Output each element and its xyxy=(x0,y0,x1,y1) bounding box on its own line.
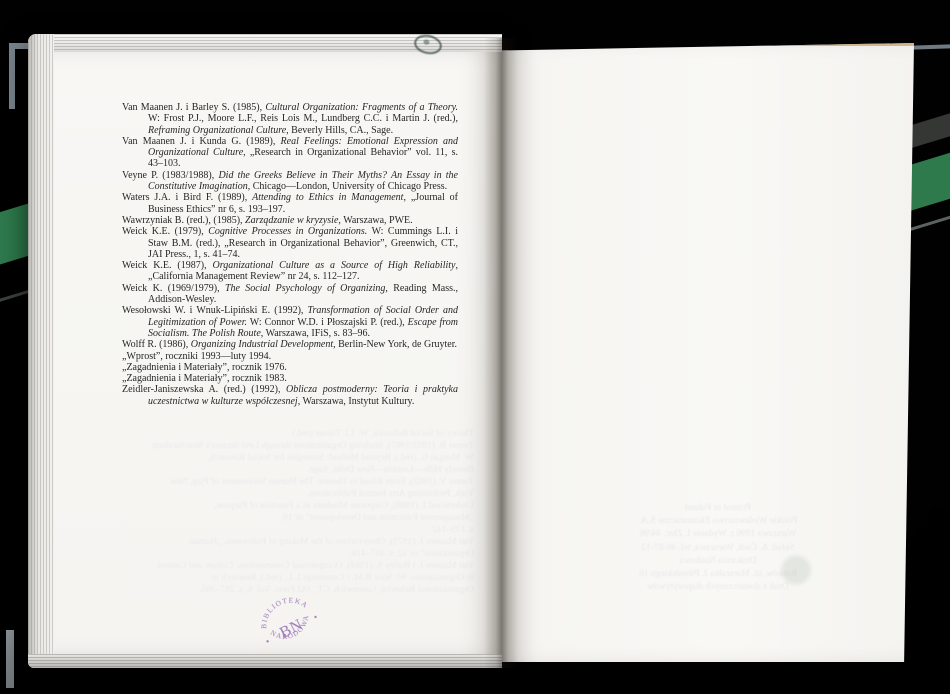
show-through-line: Turner V. (1982), From Ritual to Theatre… xyxy=(108,476,474,488)
show-through-line: Theory of Social Behavior, W: J.J. Turne… xyxy=(108,428,474,440)
left-page: Van Maanen J. i Barley S. (1985), Cultur… xyxy=(54,52,502,654)
show-through-line: York, Performing Arts Journal Publicatio… xyxy=(108,488,474,500)
left-page-stack: Van Maanen J. i Barley S. (1985), Cultur… xyxy=(28,34,502,668)
bibliography-entry: Wawrzyniak B. (red.), (1985), Zarządzani… xyxy=(122,215,458,226)
show-through-text: Theory of Social Behavior, W: J.J. Turne… xyxy=(108,428,474,596)
show-through-line: Warszawa 1996 r. Wydanie I. Złec. 44/96 xyxy=(598,528,838,541)
show-through-stamp xyxy=(780,554,812,586)
show-through-line: Printed in Poland xyxy=(598,502,838,515)
bibliography-entry: „Zagadnienia i Materiały”, rocznik 1983. xyxy=(122,373,458,384)
open-book: Van Maanen J. i Barley S. (1985), Cultur… xyxy=(0,0,950,694)
bibliography-entry: Wolff R. (1986), Organizing Industrial D… xyxy=(122,339,458,350)
show-through-line: Skład: A. Ćwił, Warszawa, tel. 40-87-12 xyxy=(598,542,838,555)
bibliography-entry: Weick K. (1969/1979), The Social Psychol… xyxy=(122,283,458,306)
bibliography-entry: „Zagadnienia i Materiały”, rocznik 1976. xyxy=(122,362,458,373)
bibliography-entry: Zeidler-Janiszewska A. (red.) (1992), Ob… xyxy=(122,384,458,407)
show-through-line: Beverly Hills—London—New Delhi, Sage. xyxy=(108,464,474,476)
bibliography-entry: „Wprost”, roczniki 1993—luty 1994. xyxy=(122,351,458,362)
show-through-line: Van Maanen J. i Barley S. (1984), Occupa… xyxy=(108,560,474,572)
show-through-line: Polskie Wydawnictwo Ekonomiczne S.A. xyxy=(598,515,838,528)
show-through-line: „Management Education and Development” n… xyxy=(108,512,474,524)
bibliography-list: Van Maanen J. i Barley S. (1985), Cultur… xyxy=(122,102,458,407)
bibliography-entry: Wesołowski W. i Wnuk-Lipiński E. (1992),… xyxy=(122,305,458,339)
show-through-line: W: Morgan G. (red.), Beyond Method: Stra… xyxy=(108,452,474,464)
show-through-line: Van Maanen J. (1973), Observations of th… xyxy=(108,536,474,548)
scanned-book-photo: { "scene": { "background_color": "#23242… xyxy=(0,0,950,694)
show-through-line: in Organizations. W: Staw B.M. i Cumming… xyxy=(108,572,474,584)
bibliography-entry: Van Maanen J. i Kunda G. (1989), Real Fe… xyxy=(122,136,458,170)
page-edges-bottom xyxy=(28,654,502,668)
book-gutter-shadow xyxy=(484,38,518,668)
bibliography-entry: Weick K.E. (1987), Organizational Cultur… xyxy=(122,260,458,283)
show-through-line: Organization” nr 32, s. 407–418. xyxy=(108,548,474,560)
show-through-line: Turner B. (1992/1987), Studying Organiza… xyxy=(108,440,474,452)
bibliography-entry: Waters J.A. i Bird F. (1989), Attending … xyxy=(122,192,458,215)
bibliography-entry: Weick K.E. (1979), Cognitive Processes i… xyxy=(122,226,458,260)
show-through-line: Underwood J. (1988), Corporate Mindsets … xyxy=(108,500,474,512)
bibliography-entry: Van Maanen J. i Barley S. (1985), Cultur… xyxy=(122,102,458,136)
show-through-line: s. 139–142. xyxy=(108,524,474,536)
page-edges-left xyxy=(28,34,54,668)
stamp-dot-icon xyxy=(266,640,269,643)
bibliography-entry: Veyne P. (1983/1988), Did the Greeks Bel… xyxy=(122,170,458,193)
right-page: Printed in PolandPolskie Wydawnictwo Eko… xyxy=(502,43,914,662)
stamp-dot-icon xyxy=(314,615,317,618)
page-top-edge-highlight xyxy=(502,43,914,46)
